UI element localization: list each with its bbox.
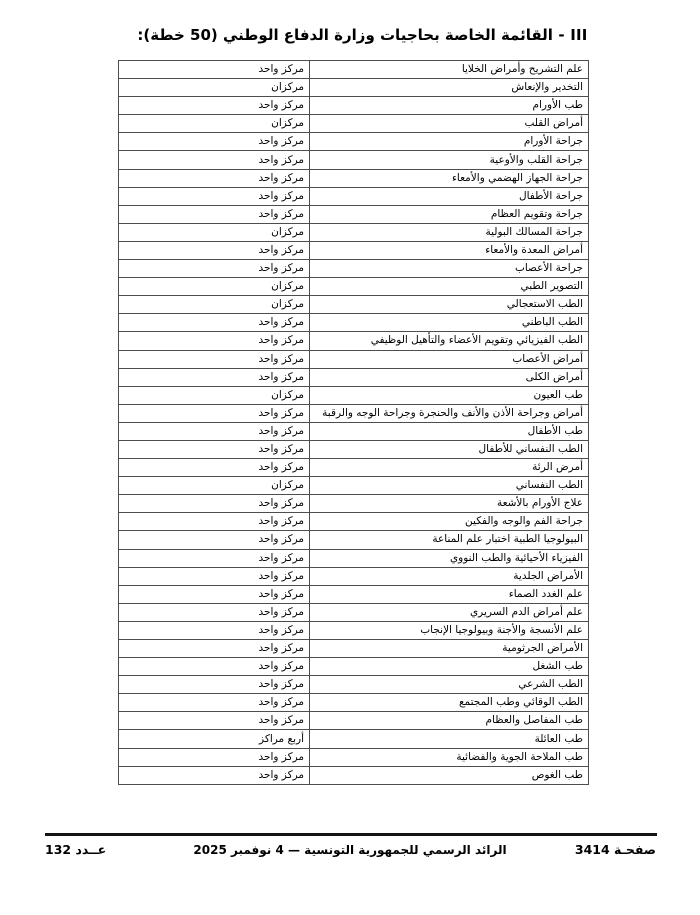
specialty-name: الطب الشرعي [310, 676, 589, 694]
center-count: مركز واحد [119, 567, 310, 585]
table-row: علم الأنسجة والأجنة وبيولوجيا الإنجابمرك… [119, 621, 589, 639]
table-row: طب العائلةأربع مراكز [119, 730, 589, 748]
specialty-name: طب الشغل [310, 658, 589, 676]
specialty-name: الطب الاستعجالي [310, 296, 589, 314]
center-count: مركز واحد [119, 549, 310, 567]
center-count: مركز واحد [119, 314, 310, 332]
table-row: جراحة الأوراممركز واحد [119, 133, 589, 151]
center-count: مركز واحد [119, 640, 310, 658]
center-count: مركز واحد [119, 694, 310, 712]
table-row: الأمراض الجلديةمركز واحد [119, 567, 589, 585]
specialty-name: أمرض الرئة [310, 459, 589, 477]
center-count: مركزان [119, 223, 310, 241]
specialty-name: الطب النفساني [310, 477, 589, 495]
center-count: مركز واحد [119, 350, 310, 368]
specialty-name: التخدير والإنعاش [310, 79, 589, 97]
footer-divider [45, 833, 657, 836]
center-count: مركز واحد [119, 241, 310, 259]
table-row: طب الشغلمركز واحد [119, 658, 589, 676]
specialty-name: علم التشريح وأمراض الخلايا [310, 61, 589, 79]
table-row: الطب الوقائي وطب المجتمعمركز واحد [119, 694, 589, 712]
center-count: مركز واحد [119, 585, 310, 603]
specialty-name: الأمراض الجرثومية [310, 640, 589, 658]
table-row: طب العيونمركزان [119, 386, 589, 404]
specialty-name: طب الأورام [310, 97, 589, 115]
table-row: طب الأوراممركز واحد [119, 97, 589, 115]
center-count: مركز واحد [119, 187, 310, 205]
table-row: جراحة الفم والوجه والفكينمركز واحد [119, 513, 589, 531]
center-count: مركز واحد [119, 603, 310, 621]
table-row: جراحة الأعصابمركز واحد [119, 260, 589, 278]
specialty-name: أمراض المعدة والأمعاء [310, 241, 589, 259]
table-row: الطب النفسانيمركزان [119, 477, 589, 495]
specialty-name: الطب الوقائي وطب المجتمع [310, 694, 589, 712]
specialty-name: طب الملاحة الجوية والفضائية [310, 748, 589, 766]
center-count: مركز واحد [119, 440, 310, 458]
center-count: مركز واحد [119, 712, 310, 730]
table-row: طب الغوصمركز واحد [119, 766, 589, 784]
table-row: جراحة القلب والأوعيةمركز واحد [119, 151, 589, 169]
specialty-name: جراحة الجهاز الهضمي والأمعاء [310, 169, 589, 187]
center-count: مركز واحد [119, 205, 310, 223]
center-count: مركز واحد [119, 422, 310, 440]
specialty-name: أمراض الكلى [310, 368, 589, 386]
center-count: مركز واحد [119, 368, 310, 386]
table-row: أمراض المعدة والأمعاءمركز واحد [119, 241, 589, 259]
center-count: مركزان [119, 386, 310, 404]
specialty-name: الفيزياء الأحيائية والطب النووي [310, 549, 589, 567]
specialty-name: جراحة وتقويم العظام [310, 205, 589, 223]
center-count: مركز واحد [119, 169, 310, 187]
footer-issue-number: عــدد 132 [45, 842, 106, 857]
specialty-name: طب الغوص [310, 766, 589, 784]
table-row: جراحة الأطفالمركز واحد [119, 187, 589, 205]
table-row: أمراض الكلىمركز واحد [119, 368, 589, 386]
center-count: مركز واحد [119, 61, 310, 79]
table-row: علم الغدد الصماءمركز واحد [119, 585, 589, 603]
specialty-name: البيولوجيا الطبية اختبار علم المناعة [310, 531, 589, 549]
table-row: طب الملاحة الجوية والفضائيةمركز واحد [119, 748, 589, 766]
specialty-name: التصوير الطبي [310, 278, 589, 296]
center-count: مركز واحد [119, 658, 310, 676]
section-title: III - القائمة الخاصة بحاجيات وزارة الدفا… [25, 26, 700, 44]
table-row: التصوير الطبيمركزان [119, 278, 589, 296]
table-row: علم التشريح وأمراض الخلايامركز واحد [119, 61, 589, 79]
specialty-name: جراحة الأعصاب [310, 260, 589, 278]
specialty-name: علم الأنسجة والأجنة وبيولوجيا الإنجاب [310, 621, 589, 639]
specialty-name: جراحة الأطفال [310, 187, 589, 205]
specialty-name: جراحة المسالك البولية [310, 223, 589, 241]
gazette-page: III - القائمة الخاصة بحاجيات وزارة الدفا… [0, 0, 700, 915]
center-count: مركز واحد [119, 513, 310, 531]
center-count: مركز واحد [119, 676, 310, 694]
table-row: علاج الأورام بالأشعةمركز واحد [119, 495, 589, 513]
specialty-name: علم أمراض الدم السريري [310, 603, 589, 621]
specialty-name: طب المفاصل والعظام [310, 712, 589, 730]
specialty-name: الطب النفساني للأطفال [310, 440, 589, 458]
table-row: جراحة وتقويم العظاممركز واحد [119, 205, 589, 223]
center-count: مركزان [119, 278, 310, 296]
table-row: الطب الشرعيمركز واحد [119, 676, 589, 694]
specialty-name: أمراض وجراحة الأذن والأنف والحنجرة وجراح… [310, 404, 589, 422]
specialty-name: أمراض القلب [310, 115, 589, 133]
specialty-name: الطب الفيزيائي وتقويم الأعضاء والتأهيل ا… [310, 332, 589, 350]
table-row: الفيزياء الأحيائية والطب النوويمركز واحد [119, 549, 589, 567]
center-count: مركز واحد [119, 404, 310, 422]
center-count: مركز واحد [119, 151, 310, 169]
table-row: أمراض وجراحة الأذن والأنف والحنجرة وجراح… [119, 404, 589, 422]
table-row: علم أمراض الدم السريريمركز واحد [119, 603, 589, 621]
center-count: أربع مراكز [119, 730, 310, 748]
center-count: مركزان [119, 79, 310, 97]
center-count: مركزان [119, 115, 310, 133]
specialty-name: الأمراض الجلدية [310, 567, 589, 585]
specialty-name: طب العائلة [310, 730, 589, 748]
specialty-name: جراحة القلب والأوعية [310, 151, 589, 169]
center-count: مركزان [119, 477, 310, 495]
table-row: جراحة الجهاز الهضمي والأمعاءمركز واحد [119, 169, 589, 187]
table-row: الأمراض الجرثوميةمركز واحد [119, 640, 589, 658]
center-count: مركز واحد [119, 332, 310, 350]
specialty-name: علاج الأورام بالأشعة [310, 495, 589, 513]
specialty-name: أمراض الأعصاب [310, 350, 589, 368]
center-count: مركز واحد [119, 97, 310, 115]
table-row: الطب الفيزيائي وتقويم الأعضاء والتأهيل ا… [119, 332, 589, 350]
center-count: مركز واحد [119, 495, 310, 513]
specialty-name: الطب الباطني [310, 314, 589, 332]
table-row: التخدير والإنعاشمركزان [119, 79, 589, 97]
specialty-name: طب العيون [310, 386, 589, 404]
table-row: الطب النفساني للأطفالمركز واحد [119, 440, 589, 458]
table-row: أمرض الرئةمركز واحد [119, 459, 589, 477]
center-count: مركز واحد [119, 766, 310, 784]
center-count: مركز واحد [119, 459, 310, 477]
table-row: طب المفاصل والعظاممركز واحد [119, 712, 589, 730]
table-row: الطب الباطنيمركز واحد [119, 314, 589, 332]
table-row: أمراض القلبمركزان [119, 115, 589, 133]
center-count: مركزان [119, 296, 310, 314]
center-count: مركز واحد [119, 531, 310, 549]
table-row: جراحة المسالك البوليةمركزان [119, 223, 589, 241]
specialties-table-body: علم التشريح وأمراض الخلايامركز واحدالتخد… [119, 61, 589, 785]
specialty-name: جراحة الفم والوجه والفكين [310, 513, 589, 531]
specialty-name: طب الأطفال [310, 422, 589, 440]
table-row: طب الأطفالمركز واحد [119, 422, 589, 440]
specialties-table: علم التشريح وأمراض الخلايامركز واحدالتخد… [118, 60, 589, 785]
table-row: الطب الاستعجاليمركزان [119, 296, 589, 314]
center-count: مركز واحد [119, 133, 310, 151]
specialty-name: علم الغدد الصماء [310, 585, 589, 603]
center-count: مركز واحد [119, 748, 310, 766]
table-row: البيولوجيا الطبية اختبار علم المناعةمركز… [119, 531, 589, 549]
center-count: مركز واحد [119, 260, 310, 278]
center-count: مركز واحد [119, 621, 310, 639]
table-row: أمراض الأعصابمركز واحد [119, 350, 589, 368]
specialty-name: جراحة الأورام [310, 133, 589, 151]
